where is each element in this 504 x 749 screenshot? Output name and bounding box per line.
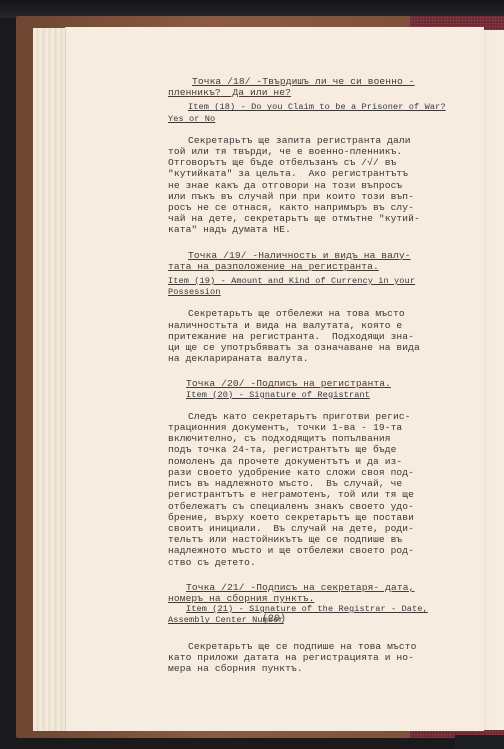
body-text: Секретарьтъ ще се подпише на това мъсто … (168, 641, 453, 675)
en-heading: Item (19) - Amount and Kind of Currency … (168, 276, 453, 298)
section-item-18: Точка /18/ -Твърдишъ ли че си военно - п… (168, 76, 453, 236)
en-heading: Item (20) - Signature of Registrant (168, 390, 453, 401)
body-text: Секретарьтъ ще отбележи на това мъсто на… (168, 308, 453, 364)
background-bottom (455, 735, 504, 749)
bg-heading: Точка /20/ -Подписъ на регистранта. (168, 378, 453, 389)
en-heading: Item (18) - Do you Claim to be a Prisone… (168, 102, 453, 124)
section-item-21: Точка /21/ -Подписъ на секретаря- дата, … (168, 582, 453, 674)
en-heading: Item (21) - Signature of the Registrar -… (168, 604, 453, 626)
section-item-19: Точка /19/ -Наличность и видъ на валу- т… (168, 250, 453, 365)
body-text: Следъ като секретарьтъ приготви регис- т… (168, 411, 453, 568)
page-number: (20) (262, 614, 286, 625)
next-page-edge (482, 30, 504, 730)
body-text: Секретарьтъ ще запита регистранта дали т… (168, 135, 453, 236)
bg-heading: Точка /21/ -Подписъ на секретаря- дата, … (168, 582, 453, 604)
section-item-20: Точка /20/ -Подписъ на регистранта. Item… (168, 378, 453, 567)
bg-heading: Точка /19/ -Наличность и видъ на валу- т… (168, 250, 453, 272)
page-stack-edges (33, 28, 68, 731)
page-content: Точка /18/ -Твърдишъ ли че си военно - п… (168, 76, 453, 674)
bg-heading: Точка /18/ -Твърдишъ ли че си военно - п… (168, 76, 453, 98)
